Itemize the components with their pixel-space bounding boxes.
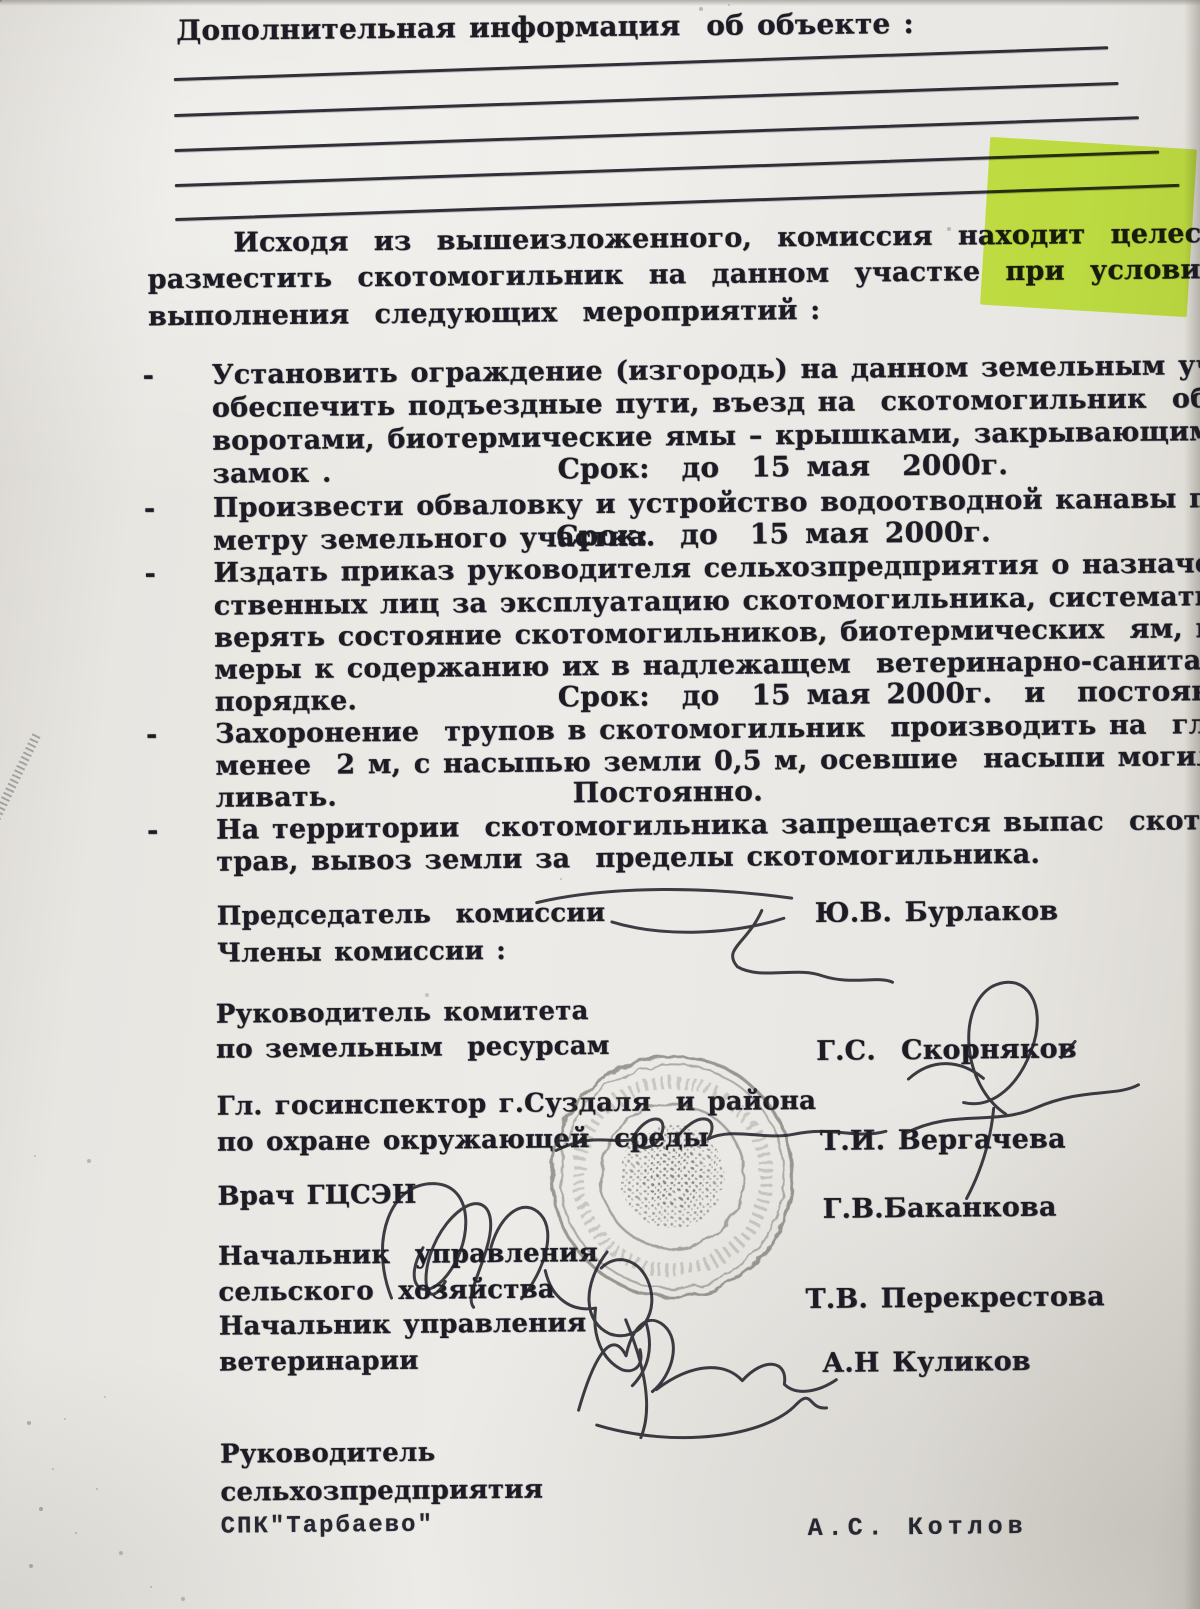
bullet-dash: - (146, 719, 158, 750)
signatory-name: А.С. Котлов (808, 1512, 1028, 1543)
signature-skornyakov (908, 982, 1077, 1199)
deadline-text: Срок: до 15 мая 2000г. (556, 515, 991, 552)
signature-perekrestova (589, 1252, 653, 1387)
blank-ruled-line (174, 82, 1119, 117)
sticky-note (980, 137, 1197, 317)
signature-vergacheva (556, 1085, 1140, 1151)
bullet-line: На территории скотомогильника запрещаетс… (216, 804, 1200, 846)
bullet-dash: - (142, 360, 154, 391)
intro-paragraph-line: выполнения следующих мероприятий : (148, 295, 821, 332)
deadline-text: Срок: до 15 мая 2000г. и постоянно. (558, 674, 1200, 714)
bullet-line: ливать. (216, 782, 337, 814)
bullet-dash: - (147, 815, 159, 846)
bullet-dash: - (144, 493, 156, 524)
bullet-line: порядке. (215, 685, 358, 717)
organization-name: СПК"Тарбаево" (221, 1512, 434, 1541)
signature-burlakov (537, 887, 893, 985)
deadline-text: Срок: до 15 мая 2000г. (557, 448, 1008, 485)
deadline-text: Постоянно. (572, 774, 763, 809)
photocopy-noise-specks (0, 0, 2, 2)
signature-bakankova (382, 1182, 647, 1441)
blank-ruled-line (174, 46, 1109, 81)
bullet-dash: - (144, 558, 156, 589)
handwritten-signatures (291, 844, 1197, 1493)
section-label-additional-info: Дополнительная информация об объекте : (176, 7, 914, 47)
bullet-line: замок . (212, 458, 331, 490)
